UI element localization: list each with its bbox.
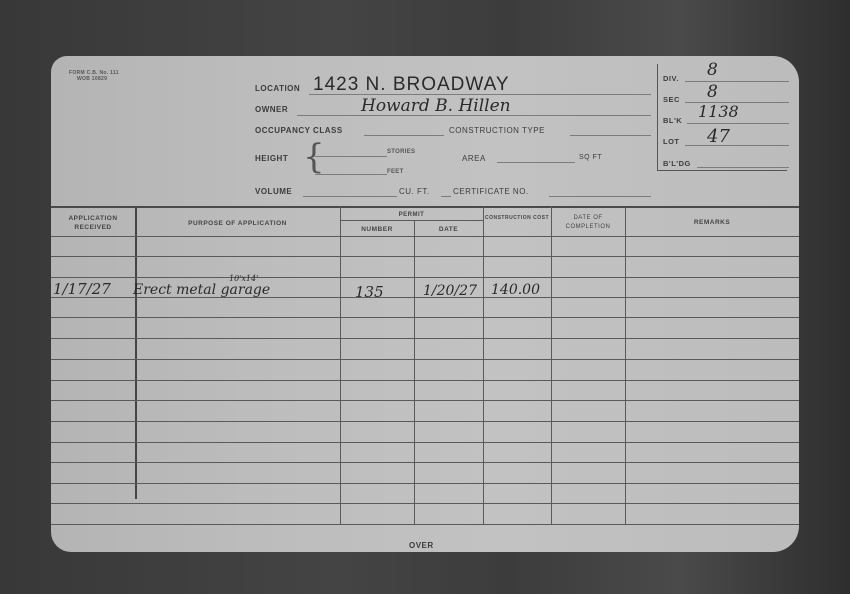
row-line [51,338,799,339]
area-line [497,162,575,163]
row-line [51,317,799,318]
header-purpose: PURPOSE OF APPLICATION [135,219,340,228]
row-line [51,256,799,257]
row-line [51,277,799,278]
feet-line [315,174,387,175]
row-line [51,380,799,381]
stories-line [315,156,387,157]
area-label: AREA [462,154,486,163]
block-line [687,123,789,124]
lot-label: LOT [663,137,680,146]
row-line [51,524,799,525]
certificate-no-line [549,196,651,197]
row-line [51,400,799,401]
received-date: 1/17/27 [53,280,111,298]
cu-ft-label: CU. FT. [399,187,430,196]
construction-type-label: CONSTRUCTION TYPE [449,126,545,135]
owner-value: Howard B. Hillen [361,96,511,116]
col-divider-4 [483,207,484,525]
purpose-dimensions: 10'x14' [229,274,258,283]
building-permit-card: FORM C.B. No. 111 WOB 10829 LOCATION 142… [51,56,799,552]
div-label: DIV. [663,74,679,83]
header-construction-cost: CONSTRUCTION COST [483,214,551,223]
volume-line [303,196,397,197]
permit-sub-divider [340,220,483,221]
col-divider-3 [414,220,415,525]
occupancy-class-line [364,135,444,136]
header-permit: PERMIT [340,211,483,220]
over-label: OVER [409,541,434,550]
form-number-code: WOB 10829 [77,76,107,82]
sec-value: 8 [707,82,718,102]
height-label: HEIGHT [255,154,288,163]
permit-date: 1/20/27 [423,283,477,299]
owner-label: OWNER [255,105,288,114]
col-divider-5 [551,207,552,525]
block-value: 1138 [698,102,739,121]
header-remarks: REMARKS [625,218,799,227]
header-application-received: APPLICATION RECEIVED [51,214,135,232]
div-line [685,81,789,82]
location-label: LOCATION [255,84,300,93]
table-top-border [51,206,799,208]
construction-type-line [570,135,651,136]
stories-label: STORIES [387,149,415,155]
lot-line [685,145,789,146]
height-brace: { [303,140,325,174]
header-date-of-completion: DATE OF COMPLETION [551,214,625,232]
lot-value: 47 [707,126,730,147]
certificate-no-label: CERTIFICATE NO. [453,187,529,196]
sq-ft-label: SQ FT [579,154,602,161]
construction-cost: 140.00 [491,282,540,298]
permit-number: 135 [355,283,384,301]
row-line [51,503,799,504]
row-line [51,442,799,443]
header-permit-date: DATE [414,225,483,234]
location-value: 1423 N. BROADWAY [313,74,510,96]
block-label: BL'K [663,116,682,125]
feet-label: FEET [387,169,404,175]
parcel-box-border-bottom [657,170,787,171]
parcel-box-border-left [657,64,658,170]
header-permit-number: NUMBER [340,225,414,234]
occupancy-class-label: OCCUPANCY CLASS [255,126,343,135]
row-line [51,483,799,484]
volume-label: VOLUME [255,187,292,196]
cert-lead-line [441,196,451,197]
row-line [51,359,799,360]
building-label: B'L'DG [663,159,691,168]
div-value: 8 [707,60,718,80]
purpose-text: Erect metal garage [133,282,270,298]
row-line [51,421,799,422]
building-line [697,167,789,168]
col-divider-1 [135,207,137,499]
row-line [51,462,799,463]
sec-label: SEC [663,95,680,104]
col-divider-6 [625,207,626,525]
col-divider-2 [340,207,341,525]
row-line [51,236,799,237]
